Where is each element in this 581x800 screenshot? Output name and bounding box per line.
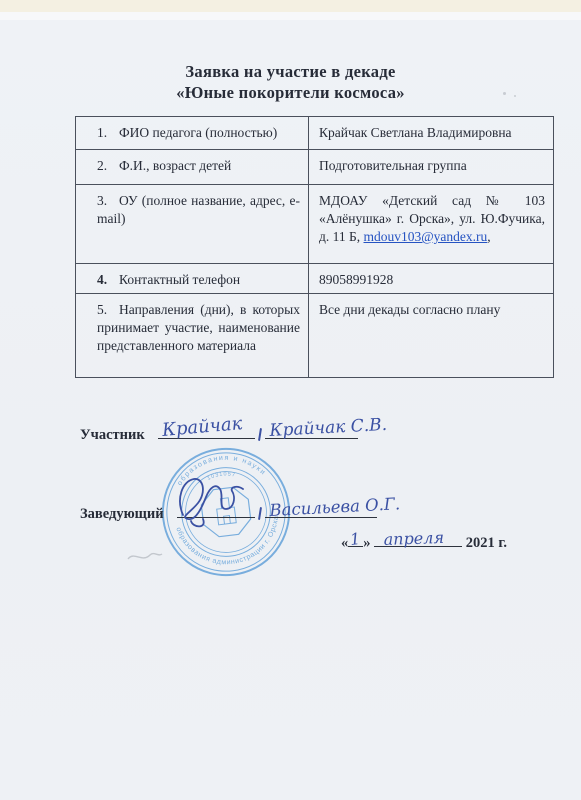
date-day-handwriting: 1 xyxy=(349,529,361,549)
row-number: 4. xyxy=(97,271,119,289)
row-number: 2. xyxy=(97,157,119,175)
date-month-handwriting: апреля xyxy=(383,528,444,549)
table-cell-value: 89058991928 xyxy=(309,264,554,294)
table-row: 4.Контактный телефон 89058991928 xyxy=(76,264,554,294)
row-number: 1. xyxy=(97,124,119,142)
table-row: 5.Направления (дни), в которых принимает… xyxy=(76,294,554,378)
scan-edge-strip xyxy=(0,0,581,12)
scan-edge-highlight xyxy=(0,12,581,20)
table-row: 2.Ф.И., возраст детей Подготовительная г… xyxy=(76,150,554,185)
application-table: 1.ФИО педагога (полностью) Крайчак Светл… xyxy=(75,116,554,378)
document-title-line1: Заявка на участие в декаде xyxy=(0,61,581,82)
document-title-line2: «Юные покорители космоса» xyxy=(0,82,581,103)
head-signature-underline xyxy=(177,500,255,518)
row-value: 89058991928 xyxy=(319,272,393,287)
table-cell-label: 3.ОУ (полное название, адрес, e-mail) xyxy=(76,185,309,264)
table-cell-label: 5.Направления (дни), в которых принимает… xyxy=(76,294,309,378)
row-label: ФИО педагога (полностью) xyxy=(119,125,277,140)
row-value: Все дни декады согласно плану xyxy=(319,302,500,317)
table-cell-label: 4.Контактный телефон xyxy=(76,264,309,294)
row-number: 3. xyxy=(97,192,119,210)
table-cell-label: 1.ФИО педагога (полностью) xyxy=(76,117,309,150)
table-row: 3.ОУ (полное название, адрес, e-mail) МД… xyxy=(76,185,554,264)
email-link[interactable]: mdouv103@yandex.ru xyxy=(364,229,488,244)
head-label: Заведующий xyxy=(80,506,164,522)
row-value: Подготовительная группа xyxy=(319,158,467,173)
scanned-document-page: Заявка на участие в декаде «Юные покорит… xyxy=(0,0,581,800)
date-year: 2021 г. xyxy=(466,535,507,551)
participant-name-underline: Крайчак С.В. xyxy=(265,421,358,439)
date-line: «1» апреля 2021 г. xyxy=(341,529,507,552)
row-label: ОУ (полное название, адрес, e-mail) xyxy=(97,193,300,226)
table-cell-value: Крайчак Светлана Владимировна xyxy=(309,117,554,150)
table-row: 1.ФИО педагога (полностью) Крайчак Светл… xyxy=(76,117,554,150)
document-title: Заявка на участие в декаде «Юные покорит… xyxy=(0,61,581,103)
head-signature-flourish-icon xyxy=(171,471,259,529)
date-day-underline: 1 xyxy=(348,529,363,547)
participant-signature-handwriting: Крайчак xyxy=(161,413,243,441)
table-cell-value: МДОАУ «Детский сад № 103 «Алёнушка» г. О… xyxy=(309,185,554,264)
pencil-mark xyxy=(126,548,164,566)
participant-signature-underline: Крайчак xyxy=(158,421,255,439)
row-value-suffix: , xyxy=(487,229,490,244)
table-cell-value: Все дни декады согласно плану xyxy=(309,294,554,378)
participant-signature-line: Участник Крайчак Крайчак С.В. xyxy=(80,421,358,444)
handwritten-separator-mark xyxy=(258,428,262,441)
row-label: Контактный телефон xyxy=(119,272,240,287)
head-signature-line: Заведующий Васильева О.Г. xyxy=(80,500,377,523)
head-name-underline: Васильева О.Г. xyxy=(265,500,377,518)
participant-label: Участник xyxy=(80,427,145,443)
table-cell-value: Подготовительная группа xyxy=(309,150,554,185)
table-cell-label: 2.Ф.И., возраст детей xyxy=(76,150,309,185)
row-label: Направления (дни), в которых принимает у… xyxy=(97,302,300,353)
row-label: Ф.И., возраст детей xyxy=(119,158,231,173)
participant-name-handwriting: Крайчак С.В. xyxy=(269,415,388,441)
date-quote-close: » xyxy=(363,535,370,551)
row-number: 5. xyxy=(97,301,119,319)
row-value: Крайчак Светлана Владимировна xyxy=(319,125,512,140)
date-month-underline: апреля xyxy=(374,529,462,547)
date-quote-open: « xyxy=(341,535,348,551)
